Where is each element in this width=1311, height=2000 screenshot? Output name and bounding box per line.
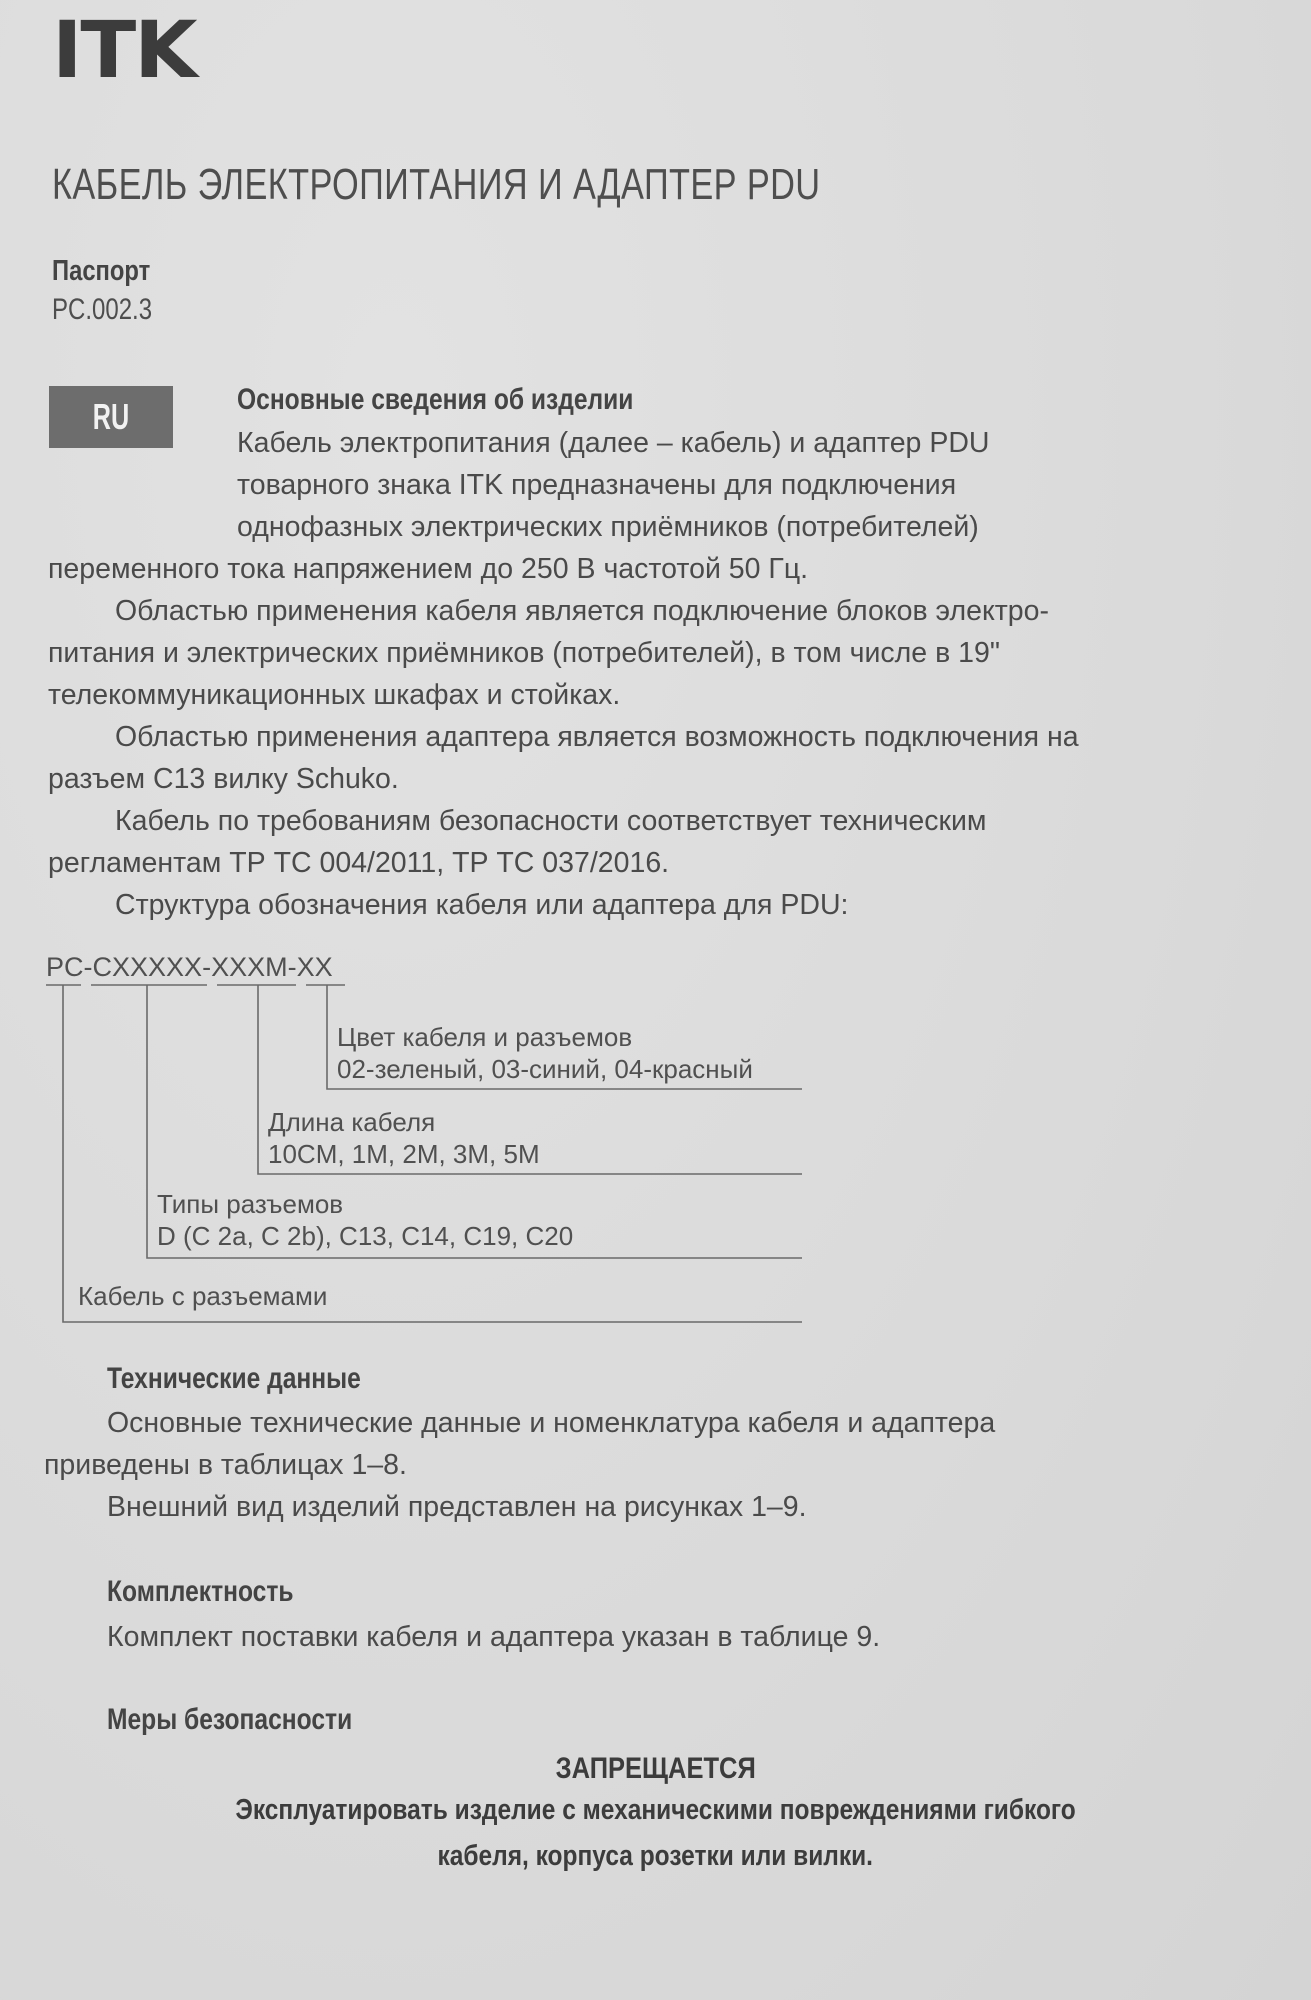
warning-text-line: кабеля, корпуса розетки или вилки. [0, 1840, 1311, 1873]
body-line: регламентам ТР ТС 004/2011, ТР ТС 037/20… [48, 842, 669, 884]
passport-code: PC.002.3 [52, 293, 152, 327]
general-info-heading: Основные сведения об изделии [237, 383, 633, 417]
body-line: разъем С13 вилку Schuko. [48, 758, 399, 800]
designation-leader-lines [0, 0, 1311, 2000]
code-part-length: XXXM [211, 952, 288, 982]
field-color-label: Цвет кабеля и разъемов [337, 1022, 632, 1053]
body-line: приведены в таблицах 1–8. [44, 1444, 407, 1486]
warning-text: Эксплуатировать изделие с механическими … [235, 1794, 1075, 1827]
field-color-values: 02-зеленый, 03-синий, 04-красный [337, 1054, 753, 1085]
field-connectors-values: D (C 2a, C 2b), C13, C14, C19, C20 [157, 1221, 573, 1252]
body-line: Комплект поставки кабеля и адаптера указ… [107, 1616, 880, 1658]
body-line: телекоммуникационных шкафах и стойках. [48, 674, 620, 716]
field-length-values: 10CM, 1M, 2M, 3M, 5M [268, 1139, 540, 1170]
field-cable-label: Кабель с разъемами [78, 1281, 327, 1312]
completeness-heading: Комплектность [107, 1575, 294, 1609]
code-separator: - [202, 952, 211, 982]
document-title: КАБЕЛЬ ЭЛЕКТРОПИТАНИЯ И АДАПТЕР PDU [52, 160, 820, 210]
language-badge-text: RU [93, 396, 129, 438]
body-line: Кабель электропитания (далее – кабель) и… [237, 422, 990, 464]
safety-heading: Меры безопасности [107, 1703, 352, 1737]
body-line: однофазных электрических приёмников (пот… [237, 506, 979, 548]
body-line: питания и электрических приёмников (потр… [48, 632, 1000, 674]
warning-title: ЗАПРЕЩАЕТСЯ [0, 1752, 1311, 1786]
body-line: Структура обозначения кабеля или адаптер… [115, 884, 848, 926]
body-line: товарного знака ITK предназначены для по… [237, 464, 956, 506]
body-line: переменного тока напряжением до 250 В ча… [48, 548, 808, 590]
body-line: Внешний вид изделий представлен на рисун… [107, 1486, 807, 1528]
itk-logo: ITK [52, 12, 196, 90]
language-badge: RU [49, 386, 173, 448]
warning-title-text: ЗАПРЕЩАЕТСЯ [555, 1752, 755, 1786]
warning-text-line: Эксплуатировать изделие с механическими … [0, 1794, 1311, 1827]
passport-label: Паспорт [52, 255, 150, 288]
designation-code: PC-CXXXXX-XXXM-XX [46, 952, 333, 983]
field-connectors-label: Типы разъемов [157, 1189, 343, 1220]
body-line: Областью применения адаптера является во… [115, 716, 1079, 758]
technical-data-heading: Технические данные [107, 1362, 361, 1396]
code-part-prefix: PC [46, 952, 84, 982]
body-line: Областью применения кабеля является подк… [115, 590, 1049, 632]
warning-text: кабеля, корпуса розетки или вилки. [438, 1840, 874, 1873]
field-length-label: Длина кабеля [268, 1107, 435, 1138]
code-separator: - [84, 952, 93, 982]
code-part-color: XX [297, 952, 333, 982]
code-separator: - [288, 952, 297, 982]
body-line: Кабель по требованиям безопасности соотв… [115, 800, 987, 842]
body-line: Основные технические данные и номенклату… [107, 1402, 995, 1444]
code-part-connectors: CXXXXX [93, 952, 203, 982]
